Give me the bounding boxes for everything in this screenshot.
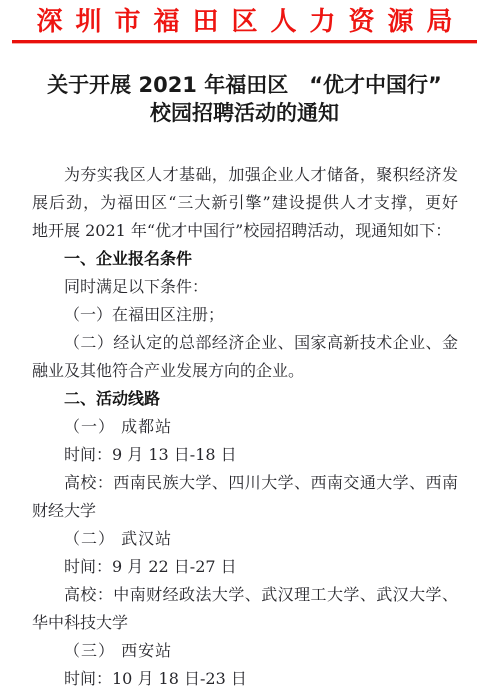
wuhan-universities-line2: 华中科技大学 — [32, 609, 458, 637]
station-xian: （三） 西安站 — [32, 637, 458, 665]
letterhead-rule-shadow — [12, 43, 477, 44]
condition-item-2-line2: 融业及其他符合产业发展方向的企业。 — [32, 357, 458, 385]
wuhan-universities-line1: 高校：中南财经政法大学、武汉理工大学、武汉大学、 — [32, 581, 458, 609]
letterhead-rule — [12, 40, 477, 44]
intro-paragraph-line1: 为夯实我区人才基础，加强企业人才储备，聚积经济发 — [32, 161, 458, 189]
station-chengdu: （一） 成都站 — [32, 413, 458, 441]
chengdu-universities-line1: 高校：西南民族大学、四川大学、西南交通大学、西南 — [32, 469, 458, 497]
doc-title-line1: 关于开展 2021 年福田区 “优才中国行” — [0, 71, 489, 99]
condition-item-1: （一）在福田区注册； — [32, 301, 458, 329]
section-heading-activity-routes: 二、活动线路 — [32, 385, 458, 413]
conditions-intro-line: 同时满足以下条件： — [32, 273, 458, 301]
intro-paragraph-line2: 展后劲，为福田区“三大新引擎”建设提供人才支撑，更好 — [32, 189, 458, 217]
xian-time-line: 时间：10 月 18 日-23 日 — [32, 665, 458, 693]
doc-title-line2: 校园招聘活动的通知 — [0, 99, 489, 127]
org-name-title: 深圳市福田区人力资源局 — [0, 0, 489, 37]
doc-title: 关于开展 2021 年福田区 “优才中国行” 校园招聘活动的通知 — [0, 71, 489, 127]
section-heading-enterprise-conditions: 一、企业报名条件 — [32, 245, 458, 273]
chengdu-universities-line2: 财经大学 — [32, 497, 458, 525]
letterhead: 深圳市福田区人力资源局 — [0, 0, 489, 44]
station-wuhan: （二） 武汉站 — [32, 525, 458, 553]
condition-item-2-line1: （二）经认定的总部经济企业、国家高新技术企业、金 — [32, 329, 458, 357]
wuhan-time-line: 时间：9 月 22 日-27 日 — [32, 553, 458, 581]
notice-document-page: 深圳市福田区人力资源局 关于开展 2021 年福田区 “优才中国行” 校园招聘活… — [0, 0, 489, 698]
doc-body: 为夯实我区人才基础，加强企业人才储备，聚积经济发 展后劲，为福田区“三大新引擎”… — [32, 161, 458, 693]
chengdu-time-line: 时间：9 月 13 日-18 日 — [32, 441, 458, 469]
intro-paragraph-line3: 地开展 2021 年“优才中国行”校园招聘活动，现通知如下： — [32, 217, 458, 245]
